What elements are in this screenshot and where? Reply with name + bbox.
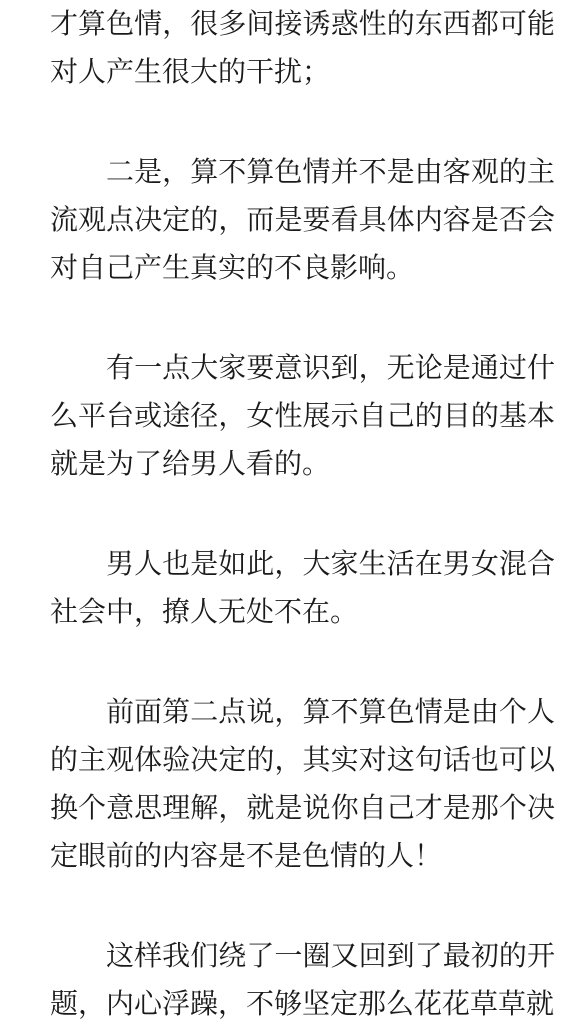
paragraph: 有一点大家要意识到，无论是通过什么平台或途径，女性展示自己的目的基本就是为了给男… <box>50 344 555 488</box>
paragraph: 前面第二点说，算不算色情是由个人的主观体验决定的，其实对这句话也可以换个意思理解… <box>50 688 555 880</box>
paragraph: 才算色情，很多间接诱惑性的东西都可能对人产生很大的干扰； <box>50 0 555 96</box>
paragraph: 男人也是如此，大家生活在男女混合社会中，撩人无处不在。 <box>50 540 555 636</box>
paragraph: 二是，算不算色情并不是由客观的主流观点决定的，而是要看具体内容是否会对自己产生真… <box>50 148 555 292</box>
article-page: 才算色情，很多间接诱惑性的东西都可能对人产生很大的干扰； 二是，算不算色情并不是… <box>0 0 580 1028</box>
paragraph: 这样我们绕了一圈又回到了最初的开题，内心浮躁，不够坚定那么花花草草就 <box>50 932 555 1028</box>
